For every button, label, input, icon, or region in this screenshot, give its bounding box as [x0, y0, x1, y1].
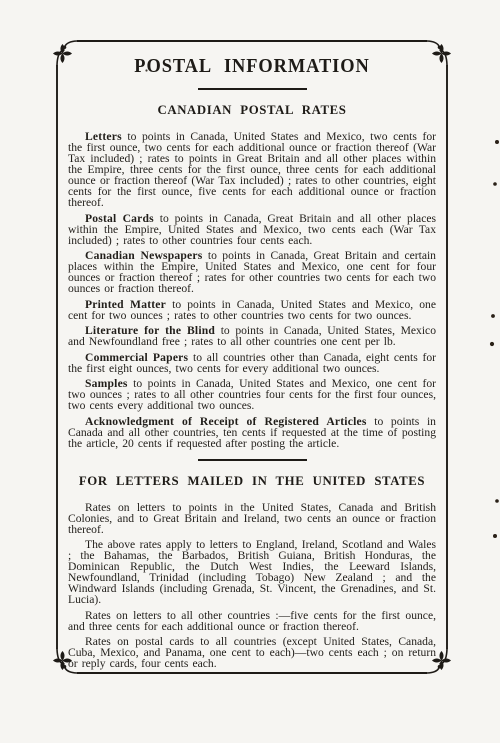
paragraph-text: to points in Canada, United States and M… — [68, 130, 436, 209]
paragraph-us-postal-cards: Rates on postal cards to all countries (… — [68, 636, 436, 669]
scanned-page: POSTAL INFORMATION CANADIAN POSTAL RATES… — [0, 0, 500, 743]
paragraph-text: Rates on letters to all other countries … — [68, 609, 436, 633]
paragraph-text: Rates on postal cards to all countries (… — [68, 635, 436, 670]
scan-speck — [493, 182, 497, 186]
page-title: POSTAL INFORMATION — [83, 54, 422, 78]
scan-speck — [490, 342, 494, 346]
section-us-letters: Rates on letters to points in the United… — [68, 502, 436, 670]
page-content: POSTAL INFORMATION CANADIAN POSTAL RATES… — [68, 54, 436, 674]
scan-speck — [495, 499, 499, 503]
scan-speck — [491, 314, 495, 318]
title-divider — [198, 88, 307, 90]
scan-specks — [490, 140, 499, 538]
paragraph-acknowledgment: Acknowledgment of Receipt of Registered … — [68, 416, 436, 449]
section-heading-canadian-rates: CANADIAN POSTAL RATES — [68, 103, 436, 118]
paragraph-postal-cards: Postal Cards to points in Canada, Great … — [68, 213, 436, 246]
paragraph-samples: Samples to points in Canada, United Stat… — [68, 378, 436, 411]
paragraph-commercial-papers: Commercial Papers to all countries other… — [68, 352, 436, 374]
paragraph-us-rates-apply: The above rates apply to letters to Engl… — [68, 539, 436, 605]
paragraph-letters: Letters to points in Canada, United Stat… — [68, 131, 436, 208]
paragraph-text: Rates on letters to points in the United… — [68, 501, 436, 536]
scan-speck — [495, 140, 499, 144]
paragraph-canadian-newspapers: Canadian Newspapers to points in Canada,… — [68, 250, 436, 294]
paragraph-us-rates-letters: Rates on letters to points in the United… — [68, 502, 436, 535]
paragraph-text: The above rates apply to letters to Engl… — [68, 538, 436, 606]
paragraph-printed-matter: Printed Matter to points in Canada, Unit… — [68, 299, 436, 321]
section-canadian-rates: Letters to points in Canada, United Stat… — [68, 131, 436, 449]
scan-speck — [493, 534, 497, 538]
section-divider — [198, 459, 307, 461]
paragraph-us-other-countries: Rates on letters to all other countries … — [68, 610, 436, 632]
paragraph-literature-blind: Literature for the Blind to points in Ca… — [68, 325, 436, 347]
section-heading-us-letters: FOR LETTERS MAILED IN THE UNITED STATES — [68, 474, 436, 489]
